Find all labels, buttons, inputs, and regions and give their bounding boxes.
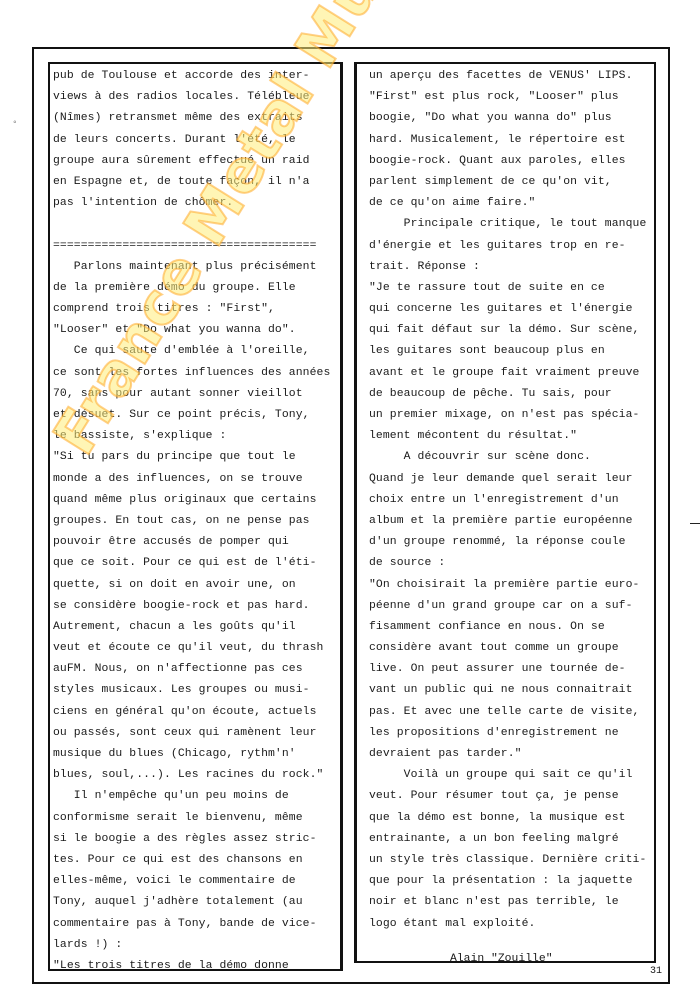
text-line: Ce qui saute d'emblée à l'oreille, <box>53 341 336 362</box>
margin-mark: ◦ <box>12 118 18 129</box>
text-line: Autrement, chacun a les goûts qu'il <box>53 617 336 638</box>
text-line: devraient pas tarder." <box>369 744 650 765</box>
text-line: ce sont les fortes influences des années <box>53 363 336 384</box>
text-line: un premier mixage, on n'est pas spécia- <box>369 405 650 426</box>
text-line: Il n'empêche qu'un peu moins de <box>53 786 336 807</box>
text-line: logo étant mal exploité. <box>369 914 650 935</box>
text-line: noir et blanc n'est pas terrible, le <box>369 892 650 913</box>
text-line: péenne d'un grand groupe car on a suf- <box>369 596 650 617</box>
page-number: 31 <box>650 966 662 977</box>
text-line: Principale critique, le tout manque <box>369 214 650 235</box>
text-line: styles musicaux. Les groupes ou musi- <box>53 680 336 701</box>
margin-tick <box>690 523 700 524</box>
text-line: veut. Pour résumer tout ça, je pense <box>369 786 650 807</box>
text-line: qui fait défaut sur la démo. Sur scène, <box>369 320 650 341</box>
text-line: ====================================== <box>53 236 336 257</box>
text-line: vant un public qui ne nous connaitrait <box>369 680 650 701</box>
text-line: pub de Toulouse et accorde des inter- <box>53 66 336 87</box>
text-line <box>53 214 336 235</box>
text-line: avant et le groupe fait vraiment preuve <box>369 363 650 384</box>
text-line: live. On peut assurer une tournée de- <box>369 659 650 680</box>
text-line: en Espagne et, de toute façon, il n'a <box>53 172 336 193</box>
text-line: "On choisirait la première partie euro- <box>369 575 650 596</box>
text-line: musique du blues (Chicago, rythm'n' <box>53 744 336 765</box>
text-line: entrainante, a un bon feeling malgré <box>369 829 650 850</box>
text-line: le bassiste, s'explique : <box>53 426 336 447</box>
text-line: fisamment confiance en nous. On se <box>369 617 650 638</box>
text-line: d'énergie et les guitares trop en re- <box>369 236 650 257</box>
text-line: considère avant tout comme un groupe <box>369 638 650 659</box>
text-line: blues, soul,...). Les racines du rock." <box>53 765 336 786</box>
text-line: commentaire pas à Tony, bande de vice- <box>53 914 336 935</box>
text-line: les propositions d'enregistrement ne <box>369 723 650 744</box>
text-line: un aperçu des facettes de VENUS' LIPS. <box>369 66 650 87</box>
text-line: (Nîmes) retransmet même des extraits <box>53 108 336 129</box>
text-line: Parlons maintenant plus précisément <box>53 257 336 278</box>
text-line: groupe aura sûrement effectué un raid <box>53 151 336 172</box>
text-line: A découvrir sur scène donc. <box>369 447 650 468</box>
left-column-text: pub de Toulouse et accorde des inter-vie… <box>50 64 340 977</box>
text-line: monde a des influences, on se trouve <box>53 469 336 490</box>
right-column: un aperçu des facettes de VENUS' LIPS."F… <box>354 62 656 963</box>
text-line: d'un groupe renommé, la réponse coule <box>369 532 650 553</box>
text-line: ciens en général qu'on écoute, actuels <box>53 702 336 723</box>
text-line: quette, si on doit en avoir une, on <box>53 575 336 596</box>
author-signature: Alain "Zouille" <box>450 953 553 965</box>
text-line: 70, sans pour autant sonner vieillot <box>53 384 336 405</box>
text-line: tes. Pour ce qui est des chansons en <box>53 850 336 871</box>
text-line: les guitares sont beaucoup plus en <box>369 341 650 362</box>
right-column-text: un aperçu des facettes de VENUS' LIPS."F… <box>357 64 654 935</box>
left-column: pub de Toulouse et accorde des inter-vie… <box>48 62 343 971</box>
text-line: quand même plus originaux que certains <box>53 490 336 511</box>
text-line: si le boogie a des règles assez stric- <box>53 829 336 850</box>
text-line: pas l'intention de chômer. <box>53 193 336 214</box>
text-line: trait. Réponse : <box>369 257 650 278</box>
text-line: que la démo est bonne, la musique est <box>369 808 650 829</box>
text-line: boogie-rock. Quant aux paroles, elles <box>369 151 650 172</box>
text-line: de la première démo du groupe. Elle <box>53 278 336 299</box>
text-line: Voilà un groupe qui sait ce qu'il <box>369 765 650 786</box>
text-line: pouvoir être accusés de pomper qui <box>53 532 336 553</box>
text-line: de source : <box>369 553 650 574</box>
text-line: un style très classique. Dernière criti- <box>369 850 650 871</box>
text-line: conformisme serait le bienvenu, même <box>53 808 336 829</box>
text-line: parlent simplement de ce qu'on vit, <box>369 172 650 193</box>
text-line: qui concerne les guitares et l'énergie <box>369 299 650 320</box>
text-line: boogie, "Do what you wanna do" plus <box>369 108 650 129</box>
text-line: et désuet. Sur ce point précis, Tony, <box>53 405 336 426</box>
text-line: pas. Et avec une telle carte de visite, <box>369 702 650 723</box>
text-line: veut et écoute ce qu'il veut, du thrash <box>53 638 336 659</box>
text-line: ou passés, sont ceux qui ramènent leur <box>53 723 336 744</box>
text-line: views à des radios locales. Télébleue <box>53 87 336 108</box>
text-line: comprend trois titres : "First", <box>53 299 336 320</box>
text-line: auFM. Nous, on n'affectionne pas ces <box>53 659 336 680</box>
text-line: de ce qu'on aime faire." <box>369 193 650 214</box>
text-line: hard. Musicalement, le répertoire est <box>369 130 650 151</box>
text-line: "First" est plus rock, "Looser" plus <box>369 87 650 108</box>
text-line: Quand je leur demande quel serait leur <box>369 469 650 490</box>
text-line: choix entre un l'enregistrement d'un <box>369 490 650 511</box>
text-line: album et la première partie européenne <box>369 511 650 532</box>
text-line: groupes. En tout cas, on ne pense pas <box>53 511 336 532</box>
text-line: "Je te rassure tout de suite en ce <box>369 278 650 299</box>
text-line: se considère boogie-rock et pas hard. <box>53 596 336 617</box>
text-line: que pour la présentation : la jaquette <box>369 871 650 892</box>
text-line: que ce soit. Pour ce qui est de l'éti- <box>53 553 336 574</box>
text-line: "Les trois titres de la démo donne <box>53 956 336 977</box>
text-line: de beaucoup de pêche. Tu sais, pour <box>369 384 650 405</box>
text-line: "Si tu pars du principe que tout le <box>53 447 336 468</box>
text-line: lards !) : <box>53 935 336 956</box>
text-line: de leurs concerts. Durant l'été, le <box>53 130 336 151</box>
text-line: "Looser" et "Do what you wanna do". <box>53 320 336 341</box>
text-line: Tony, auquel j'adhère totalement (au <box>53 892 336 913</box>
text-line: elles-même, voici le commentaire de <box>53 871 336 892</box>
text-line: lement mécontent du résultat." <box>369 426 650 447</box>
